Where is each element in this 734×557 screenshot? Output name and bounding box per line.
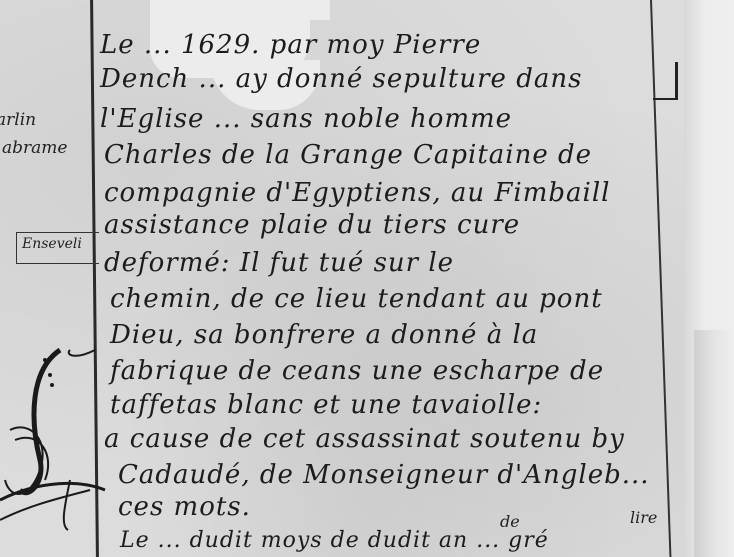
text-line-3: l'Eglise ... sans noble homme [100, 104, 512, 134]
text-line-8: chemin, de ce lieu tendant au pont [110, 284, 603, 314]
interlinear-note: de [500, 512, 520, 531]
torn-area [300, 0, 330, 20]
interlinear-note: lire [630, 508, 657, 527]
text-line-12: a cause de cet assassinat soutenu by [104, 424, 625, 454]
text-line-15: Le ... dudit moys de dudit an ... gré [120, 528, 549, 553]
text-line-10: fabrique de ceans une escharpe de [110, 356, 604, 386]
text-line-13: Cadaudé, de Monseigneur d'Angleb... [118, 460, 650, 490]
margin-note: arlin [0, 110, 36, 130]
scanned-document: arlin abrame Enseveli Le ... 1629. par m… [0, 0, 734, 557]
text-line-5: compagnie d'Egyptiens, au Fimbaill [104, 178, 611, 208]
text-line-14: ces mots. [118, 492, 251, 522]
margin-note: abrame [2, 138, 67, 158]
text-line-1: Le ... 1629. par moy Pierre [100, 30, 481, 60]
text-line-2: Dench ... ay donné sepulture dans [100, 64, 582, 94]
text-line-6: assistance plaie du tiers cure [104, 210, 520, 240]
text-line-7: deformé: Il fut tué sur le [104, 248, 454, 278]
signature-flourish [0, 330, 110, 550]
text-line-4: Charles de la Grange Capitaine de [104, 140, 592, 170]
text-line-11: taffetas blanc et une tavaiolle: [110, 390, 542, 420]
margin-note-boxed: Enseveli [22, 236, 82, 252]
page-edge-shadow [694, 330, 734, 557]
text-line-9: Dieu, sa bonfrere a donné à la [110, 320, 538, 350]
bracket-mark [653, 62, 678, 100]
